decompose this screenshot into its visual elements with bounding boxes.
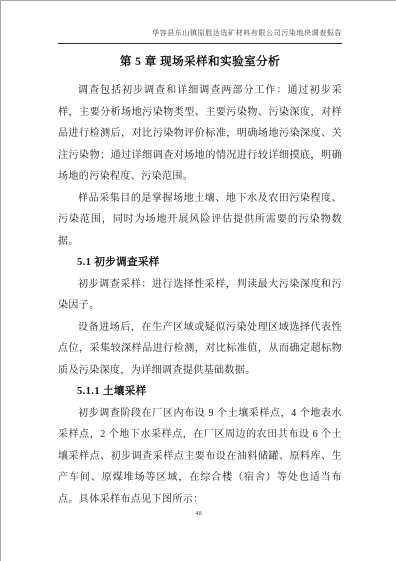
page-content: 第 5 章 现场采样和实验室分析 调查包括初步调查和详细调查两部分工作：通过初步…	[58, 53, 342, 510]
section-heading-5-1: 5.1 初步调查采样	[58, 252, 342, 274]
paragraph-overview-1: 调查包括初步调查和详细调查两部分工作：通过初步采样，主要分析场地污染物类型、主要…	[58, 80, 342, 188]
paragraph-5-1-b: 设备进场后，在生产区域或疑似污染处理区域选择代表性点位，采集较深样品进行检测，对…	[58, 317, 342, 382]
header-rule-divider	[58, 43, 342, 44]
paragraph-5-1-1-a: 初步调查阶段在厂区内布设 9 个土壤采样点，4 个地表水采样点，2 个地下水采样…	[58, 403, 342, 511]
running-header: 华容县东山镇原胜达选矿材料有限公司污染地块调查报告	[58, 28, 342, 38]
chapter-title: 第 5 章 现场采样和实验室分析	[58, 53, 342, 71]
section-heading-5-1-1: 5.1.1 土壤采样	[58, 381, 342, 403]
page-number: 48	[1, 510, 396, 517]
paragraph-5-1-a: 初步调查采样：进行选择性采样，判读最大污染深度和污染因子。	[58, 274, 342, 317]
report-page: 华容县东山镇原胜达选矿材料有限公司污染地块调查报告 第 5 章 现场采样和实验室…	[0, 0, 396, 561]
paragraph-overview-2: 样品采集目的是掌握场地土壤、地下水及农田污染程度、污染范围，同时为场地开展风险评…	[58, 188, 342, 253]
